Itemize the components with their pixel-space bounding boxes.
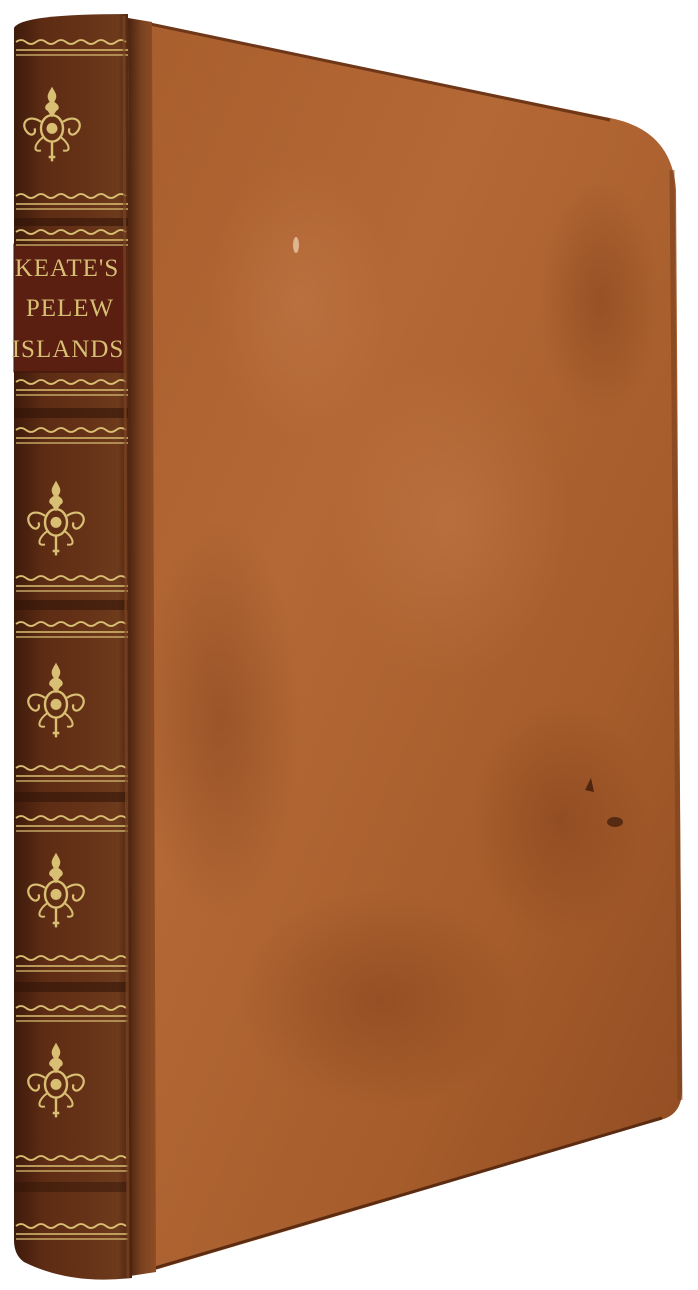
spine-title-line-2: PELEW	[26, 296, 114, 321]
spine-title-label: KEATE'S PELEW ISLANDS	[16, 248, 124, 370]
spine-title-line-1: KEATE'S	[15, 256, 120, 281]
hinge	[128, 18, 156, 1276]
book-photo: KEATE'S PELEW ISLANDS	[0, 0, 698, 1290]
spine-title-line-3: ISLANDS	[12, 337, 125, 362]
book-illustration	[0, 0, 698, 1290]
